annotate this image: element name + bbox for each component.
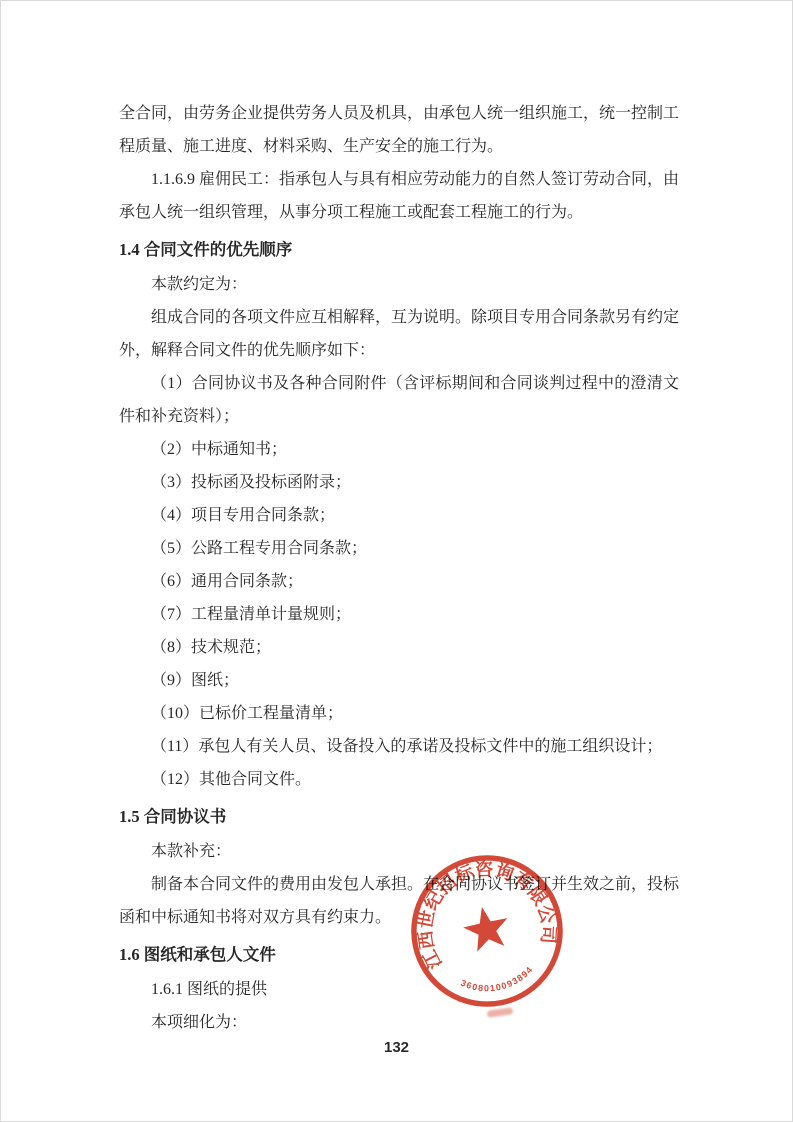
priority-list-item: （2）中标通知书； [119, 433, 679, 466]
paragraph-clause-agreed: 本款约定为： [119, 268, 679, 301]
priority-list: （1）合同协议书及各种合同附件（含评标期间和合同谈判过程中的澄清文件和补充资料）… [119, 367, 679, 796]
paragraph-clause-supplement: 本款补充： [119, 835, 679, 868]
priority-list-item: （3）投标函及投标函附录； [119, 466, 679, 499]
paragraph-preparation-cost: 制备本合同文件的费用由发包人承担。在合同协议书签订并生效之前，投标函和中标通知书… [119, 868, 679, 934]
document-page: 全合同，由劳务企业提供劳务人员及机具，由承包人统一组织施工，统一控制工程质量、施… [0, 0, 793, 1122]
priority-list-item: （10）已标价工程量清单； [119, 697, 679, 730]
paragraph-1-6-1-drawings-provision: 1.6.1 图纸的提供 [119, 973, 679, 1006]
priority-list-item: （6）通用合同条款； [119, 565, 679, 598]
page-number: 132 [1, 1039, 792, 1056]
paragraph-interpretation-order: 组成合同的各项文件应互相解释，互为说明。除项目专用合同条款另有约定外，解释合同文… [119, 301, 679, 367]
document-body: 全合同，由劳务企业提供劳务人员及机具，由承包人统一组织施工，统一控制工程质量、施… [119, 97, 679, 1039]
priority-list-item: （5）公路工程专用合同条款； [119, 532, 679, 565]
section-heading-1-5: 1.5 合同协议书 [119, 800, 679, 833]
priority-list-item: （8）技术规范； [119, 631, 679, 664]
priority-list-item: （7）工程量清单计量规则； [119, 598, 679, 631]
section-heading-1-6: 1.6 图纸和承包人文件 [119, 938, 679, 971]
priority-list-item: （11）承包人有关人员、设备投入的承诺及投标文件中的施工组织设计； [119, 730, 679, 763]
section-heading-1-4: 1.4 合同文件的优先顺序 [119, 233, 679, 266]
paragraph-labor-subcontract-continuation: 全合同，由劳务企业提供劳务人员及机具，由承包人统一组织施工，统一控制工程质量、施… [119, 97, 679, 163]
paragraph-item-refined: 本项细化为： [119, 1006, 679, 1039]
priority-list-item: （1）合同协议书及各种合同附件（含评标期间和合同谈判过程中的澄清文件和补充资料）… [119, 367, 679, 433]
paragraph-1-1-6-9-hired-workers: 1.1.6.9 雇佣民工：指承包人与具有相应劳动能力的自然人签订劳动合同，由承包… [119, 163, 679, 229]
priority-list-item: （12）其他合同文件。 [119, 763, 679, 796]
priority-list-item: （9）图纸； [119, 664, 679, 697]
priority-list-item: （4）项目专用合同条款； [119, 499, 679, 532]
